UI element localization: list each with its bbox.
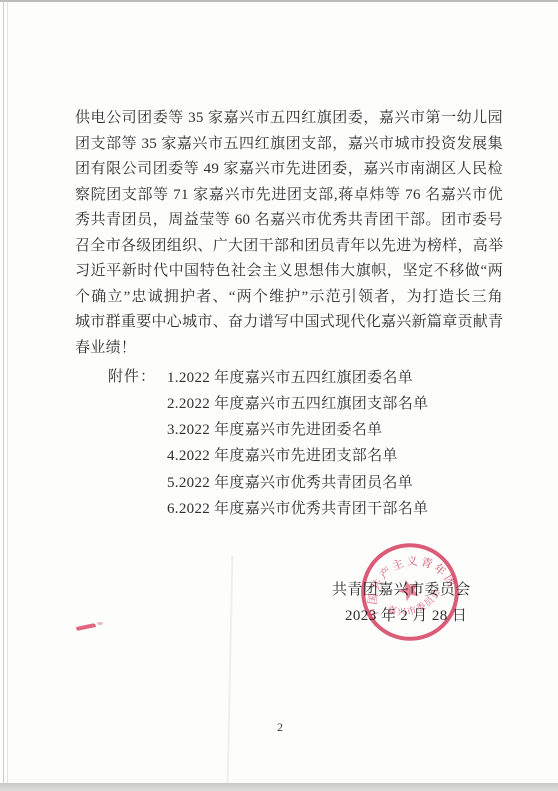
document-body-paragraph: 供电公司团委等 35 家嘉兴市五四红旗团委，嘉兴市第一幼儿园 团支部等 35 家… [75, 106, 503, 361]
red-ink-smudge [76, 623, 96, 631]
attachment-item: 2.2022 年度嘉兴市五四红旗团支部名单 [167, 391, 428, 417]
signature-date: 2023 年 2 月 28 日 [345, 604, 467, 625]
body-line: 个确立”忠诚拥护者、“两个维护”示范引领者，为打造长三角 [75, 285, 503, 311]
body-line: 习近平新时代中国特色社会主义思想伟大旗帜，坚定不移做“两 [75, 259, 503, 285]
attachment-item: 6.2022 年度嘉兴市优秀共青团干部名单 [167, 496, 428, 522]
attachment-item: 4.2022 年度嘉兴市先进团支部名单 [167, 443, 428, 469]
attachment-item: 1.2022 年度嘉兴市五四红旗团委名单 [167, 365, 428, 391]
paper-fold-crease [227, 556, 234, 783]
body-line: 团有限公司团委等 49 家嘉兴市先进团委，嘉兴市南湖区人民检 [75, 157, 503, 183]
body-line: 春业绩！ [75, 336, 503, 362]
body-line: 团支部等 35 家嘉兴市五四红旗团支部，嘉兴市城市投资发展集 [75, 132, 503, 158]
signature-organization: 共青团嘉兴市委员会 [332, 578, 471, 599]
scanned-document-page: 供电公司团委等 35 家嘉兴市五四红旗团委，嘉兴市第一幼儿园 团支部等 35 家… [0, 0, 558, 791]
body-line: 城市群重要中心城市、奋力谱写中国式现代化嘉兴新篇章贡献青 [75, 310, 503, 336]
scan-edge-left-inner [7, 2, 8, 783]
scan-edge-left-outer [3, 2, 4, 783]
scan-edge-top [0, 0, 558, 2]
body-line: 秀共青团员，周益莹等 60 名嘉兴市优秀共青团干部。团市委号 [75, 208, 503, 234]
body-line: 召全市各级团组织、广大团干部和团员青年以先进为榜样，高举 [75, 234, 503, 260]
scan-edge-bottom [0, 783, 558, 791]
attachment-item: 5.2022 年度嘉兴市优秀共青团员名单 [167, 470, 428, 496]
attachment-label: 附件： [108, 365, 156, 386]
body-line: 供电公司团委等 35 家嘉兴市五四红旗团委，嘉兴市第一幼儿园 [75, 106, 503, 132]
red-ink-smudge-dot [97, 622, 103, 625]
page-number: 2 [270, 720, 290, 735]
attachment-list: 1.2022 年度嘉兴市五四红旗团委名单 2.2022 年度嘉兴市五四红旗团支部… [167, 365, 428, 523]
body-line: 察院团支部等 71 家嘉兴市先进团支部,蒋卓炜等 76 名嘉兴市优 [75, 183, 503, 209]
attachment-item: 3.2022 年度嘉兴市先进团委名单 [167, 417, 428, 443]
